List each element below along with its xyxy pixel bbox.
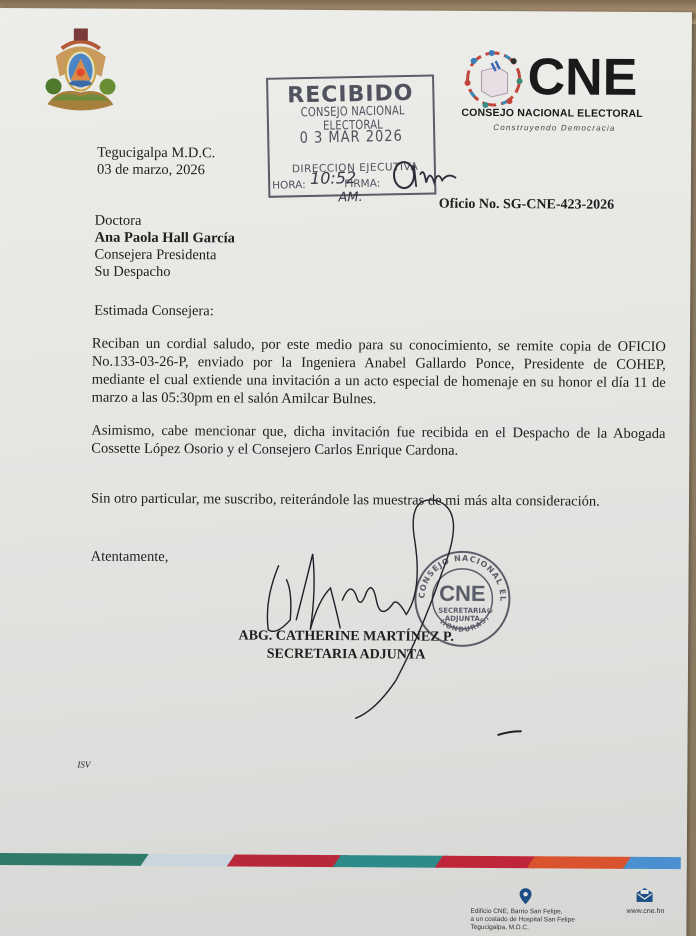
stamp-date: 0 3 MAR 2026 — [269, 127, 433, 148]
letter-page: RECIBIDO CONSEJO NACIONAL ELECTORAL 0 3 … — [0, 8, 692, 936]
location-pin-icon — [519, 887, 533, 905]
signer-name: ABG. CATHERINE MARTÍNEZ P. — [236, 627, 456, 646]
signer-block: ABG. CATHERINE MARTÍNEZ P. SECRETARIA AD… — [236, 627, 456, 664]
seal-center-text: CNE — [439, 581, 486, 606]
cne-acronym: CNE — [527, 49, 637, 106]
seal-role-line2: ADJUNTA — [445, 615, 481, 623]
body-paragraph-1: Reciban un cordial saludo, por este medi… — [92, 335, 666, 411]
recipient-block: Doctora Ana Paola Hall García Consejera … — [94, 213, 235, 282]
cne-tagline: Construyendo Democracia — [493, 123, 615, 133]
recipient-office: Su Despacho — [94, 264, 234, 282]
mail-envelope-icon — [636, 887, 654, 903]
cne-full-name: CONSEJO NACIONAL ELECTORAL — [461, 107, 643, 120]
footer-color-stripe — [0, 852, 681, 870]
coat-of-arms-icon — [39, 26, 122, 112]
recipient-name: Ana Paola Hall García — [95, 230, 235, 248]
oficio-number: Oficio No. SG-CNE-423-2026 — [439, 196, 614, 214]
stamp-initials-signature-icon — [390, 156, 461, 191]
closing-line: Sin otro particular, me suscribo, reiter… — [91, 491, 600, 511]
footer-address: Edificio CNE, Barrio San Felipe, a un co… — [470, 908, 575, 933]
letter-date: 03 de marzo, 2026 — [97, 162, 215, 180]
ballot-box-emblem-icon — [461, 47, 525, 111]
body-paragraph-2: Asimismo, cabe mencionar que, dicha invi… — [91, 422, 665, 462]
cne-logo: CNE CONSEJO NACIONAL ELECTORAL Construye… — [459, 41, 660, 142]
recipient-title: Doctora — [95, 213, 235, 231]
received-stamp: RECIBIDO CONSEJO NACIONAL ELECTORAL 0 3 … — [266, 74, 436, 197]
place: Tegucigalpa M.D.C. — [97, 145, 215, 163]
salutation: Estimada Consejera: — [94, 303, 214, 321]
sign-off: Atentamente, — [91, 549, 169, 566]
pen-mark-icon — [496, 727, 526, 739]
signer-position: SECRETARIA ADJUNTA — [236, 645, 456, 664]
stamp-handwritten-time: 10:52 — [310, 168, 356, 188]
footer-website: www.cne.hn — [626, 908, 664, 915]
stamp-handwritten-ampm: AM. — [338, 190, 363, 205]
stamp-hora-label: HORA: — [272, 179, 306, 192]
typist-initials: ISV — [77, 759, 90, 769]
place-date-block: Tegucigalpa M.D.C. 03 de marzo, 2026 — [97, 145, 215, 180]
recipient-position: Consejera Presidenta — [94, 247, 234, 265]
footer-address-line-3: Tegucigalpa, M.D.C. — [470, 924, 574, 933]
